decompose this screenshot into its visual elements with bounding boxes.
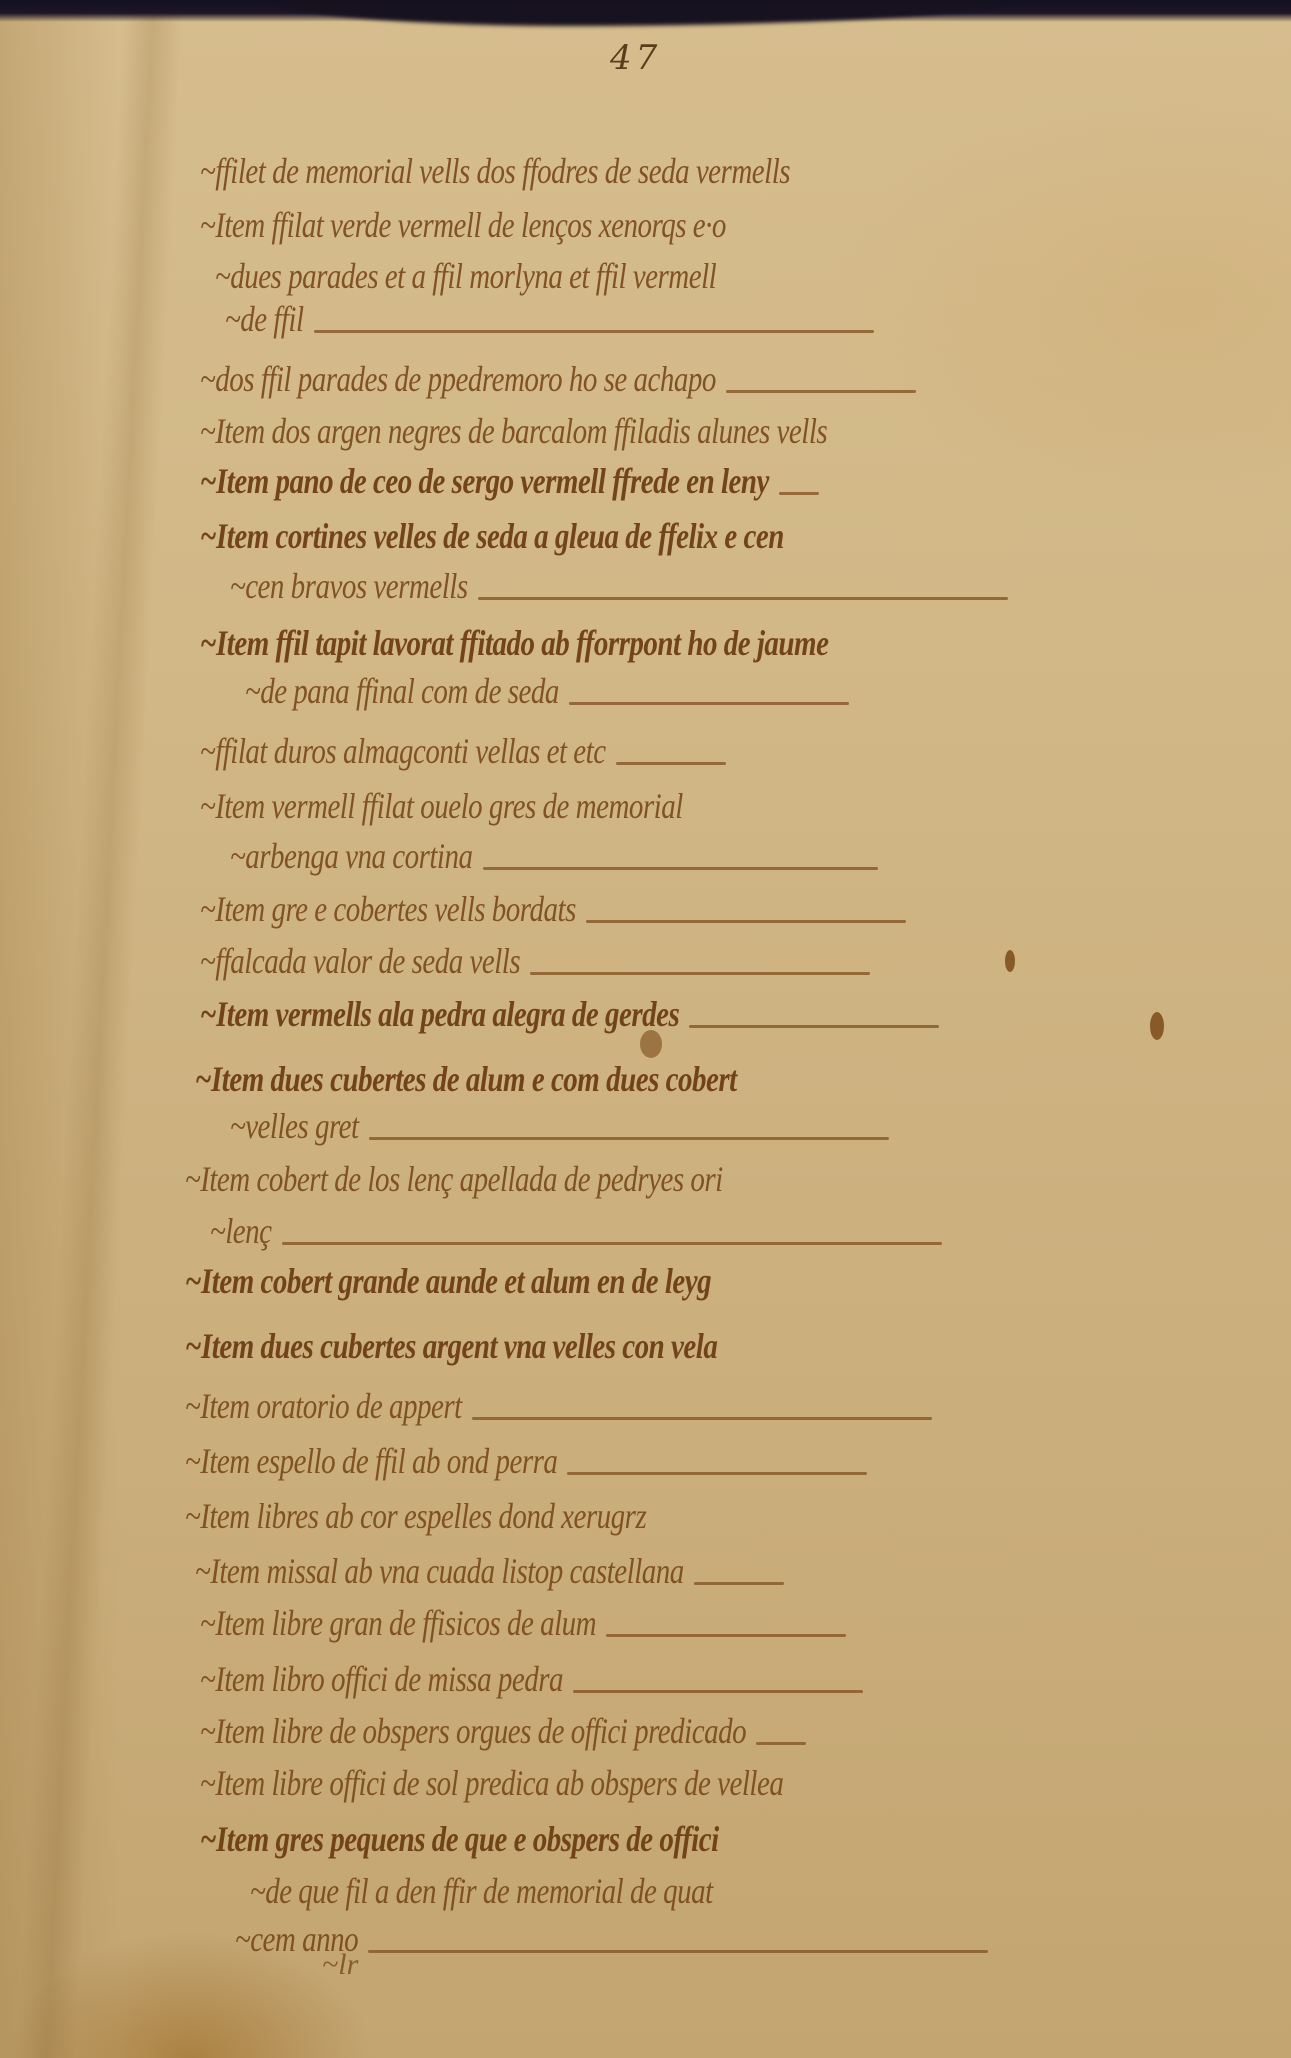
manuscript-line: ~dos ffil parades de ppedremoro ho se ac… [200,368,916,401]
paper-crease [16,0,184,2058]
line-filler-rule [756,1742,806,1745]
line-text: ~Item libro offici de missa pedra [200,1660,563,1701]
line-text: ~Item cobert grande aunde et alum en de … [185,1262,711,1303]
line-text: ~Item gres pequens de que e obspers de o… [200,1820,719,1861]
line-filler-rule [478,597,1008,600]
manuscript-line: ~Item ffilat verde vermell de lenços xen… [200,214,726,247]
manuscript-line: ~Item oratorio de appert [185,1395,932,1428]
line-text: ~ffilat duros almagconti vellas et etc [200,732,606,773]
manuscript-line: ~Item cobert grande aunde et alum en de … [185,1270,711,1303]
line-text: ~de que fil a den ffir de memorial de qu… [250,1872,713,1913]
manuscript-line: ~Item vermell ffilat ouelo gres de memor… [200,795,683,828]
line-text: ~Item dues cubertes argent vna velles co… [185,1327,717,1368]
manuscript-line: ~ffalcada valor de seda vells [200,950,870,983]
manuscript-line: ~Item dues cubertes de alum e com dues c… [195,1068,737,1101]
line-filler-rule [569,702,849,705]
manuscript-line: ~ffilet de memorial vells dos ffodres de… [200,160,790,193]
manuscript-line: ~Item libro offici de missa pedra [200,1668,863,1701]
manuscript-line: ~Item libres ab cor espelles dond xerugr… [185,1505,646,1538]
line-filler-rule [530,972,870,975]
line-text: ~Item dos argen negres de barcalom ffila… [200,412,827,453]
manuscript-line: ~Item pano de ceo de sergo vermell ffred… [200,470,819,503]
manuscript-line: ~Item libre offici de sol predica ab obs… [200,1772,783,1805]
manuscript-line: ~de que fil a den ffir de memorial de qu… [250,1880,713,1913]
manuscript-line: ~Item vermells ala pedra alegra de gerde… [200,1003,939,1036]
manuscript-line: ~Item ffil tapit lavorat ffitado ab ffor… [200,632,828,665]
line-text: ~ffalcada valor de seda vells [200,942,520,983]
line-filler-rule [483,867,878,870]
line-text: ~Item libres ab cor espelles dond xerugr… [185,1497,646,1538]
line-text: ~dues parades et a ffil morlyna et ffil … [215,257,716,298]
line-text: ~Item libre de obspers orgues de offici … [200,1712,746,1753]
line-text: ~cen bravos vermells [230,567,468,608]
line-text: ~velles gret [230,1107,359,1148]
line-filler-rule [368,1950,988,1953]
manuscript-line: ~cen bravos vermells [230,575,1008,608]
ink-stain [1005,950,1015,972]
line-text: ~Item vermell ffilat ouelo gres de memor… [200,787,683,828]
manuscript-line: ~de ffil [225,308,874,341]
line-filler-rule [573,1690,863,1693]
line-text: ~Item vermells ala pedra alegra de gerde… [200,995,679,1036]
manuscript-line: ~Item missal ab vna cuada listop castell… [195,1560,784,1593]
line-filler-rule [694,1582,784,1585]
line-text: ~ffilet de memorial vells dos ffodres de… [200,152,790,193]
line-filler-rule [472,1417,932,1420]
manuscript-line: ~velles gret [230,1115,889,1148]
line-text: ~de ffil [225,300,304,341]
manuscript-line: ~lenç [210,1220,942,1253]
line-filler-rule [314,330,874,333]
line-text: ~lenç [210,1212,272,1253]
manuscript-line: ~Item cobert de los lenç apellada de ped… [185,1168,723,1201]
line-filler-rule [779,492,819,495]
manuscript-line: ~Item libre de obspers orgues de offici … [200,1720,806,1753]
line-text: ~Item dues cubertes de alum e com dues c… [195,1060,737,1101]
line-text: ~Item libre gran de ffisicos de alum [200,1604,596,1645]
line-filler-rule [689,1025,939,1028]
folio-number: 47 [610,38,661,78]
line-text: ~Item cortines velles de seda a gleua de… [200,517,784,558]
line-text: ~Item gre e cobertes vells bordats [200,890,576,931]
manuscript-line: ~Item dues cubertes argent vna velles co… [185,1335,717,1368]
line-filler-rule [606,1634,846,1637]
bottom-mark: ~lr [322,1948,358,1982]
page-top-shadow [280,0,1000,26]
manuscript-line: ~arbenga vna cortina [230,845,878,878]
manuscript-line: ~Item cortines velles de seda a gleua de… [200,525,784,558]
line-filler-rule [369,1137,889,1140]
line-filler-rule [567,1472,867,1475]
manuscript-line: ~Item gres pequens de que e obspers de o… [200,1828,719,1861]
ink-blot [640,1030,662,1058]
line-filler-rule [726,390,916,393]
manuscript-line: ~Item espello de ffil ab ond perra [185,1450,867,1483]
manuscript-line: ~Item gre e cobertes vells bordats [200,898,906,931]
manuscript-line: ~Item libre gran de ffisicos de alum [200,1612,846,1645]
line-text: ~dos ffil parades de ppedremoro ho se ac… [200,360,716,401]
line-filler-rule [616,762,726,765]
manuscript-line: ~de pana ffinal com de seda [245,680,849,713]
line-text: ~arbenga vna cortina [230,837,473,878]
line-text: ~de pana ffinal com de seda [245,672,559,713]
manuscript-line: ~ffilat duros almagconti vellas et etc [200,740,726,773]
line-text: ~Item cobert de los lenç apellada de ped… [185,1160,723,1201]
line-text: ~Item missal ab vna cuada listop castell… [195,1552,684,1593]
line-text: ~Item espello de ffil ab ond perra [185,1442,557,1483]
manuscript-line: ~Item dos argen negres de barcalom ffila… [200,420,827,453]
line-text: ~Item libre offici de sol predica ab obs… [200,1764,783,1805]
line-filler-rule [282,1242,942,1245]
line-text: ~Item ffilat verde vermell de lenços xen… [200,206,726,247]
line-text: ~Item oratorio de appert [185,1387,462,1428]
line-text: ~Item ffil tapit lavorat ffitado ab ffor… [200,624,828,665]
manuscript-page: 47 ~ffilet de memorial vells dos ffodres… [0,0,1291,2058]
manuscript-line: ~dues parades et a ffil morlyna et ffil … [215,265,716,298]
line-text: ~Item pano de ceo de sergo vermell ffred… [200,462,769,503]
ink-stain [1150,1012,1164,1040]
line-filler-rule [586,920,906,923]
